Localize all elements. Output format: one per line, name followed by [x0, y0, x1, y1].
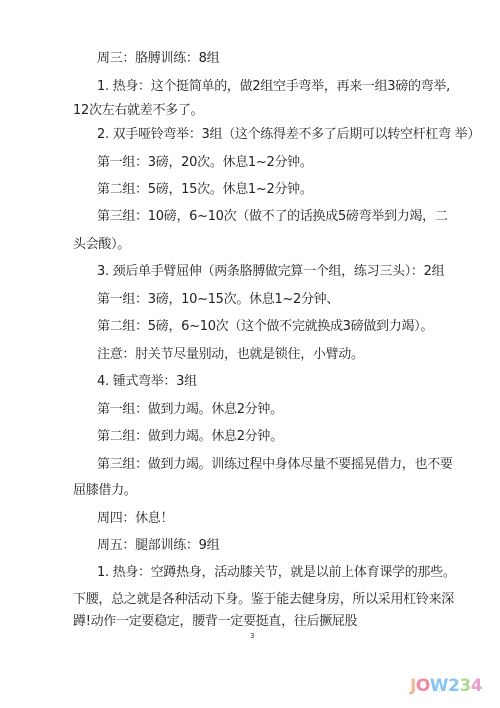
text-line: 周五：腿部训练：9组 — [97, 538, 219, 554]
text-line: 4. 锺式弯举：3组 — [97, 374, 197, 390]
text-line: 头会酸）。 — [73, 237, 130, 253]
watermark-char: O — [416, 676, 430, 696]
watermark-char: J — [410, 676, 416, 696]
text-line: 第二组：5磅，15次。休息1~2分钟。 — [97, 182, 313, 198]
text-line: 注意：肘关节尽量别动，也就是锁住，小臂动。 — [97, 347, 364, 363]
text-line: 2. 双手哑铃弯举：3组（这个练得差不多了后期可以转空杆杠弯 举） — [97, 127, 480, 143]
text-line: 12次左右就差不多了。 — [73, 103, 203, 119]
text-line: 第一组：做到力竭。休息2分钟。 — [97, 402, 283, 418]
page-number: 3 — [250, 632, 254, 640]
text-line: 第三组：做到力竭。训练过程中身体尽量不要摇晃借力，也不要 — [97, 457, 453, 473]
text-line: 第一组：3磅，20次。休息1~2分钟。 — [97, 155, 313, 171]
text-line: 第一组：3磅，10~15次。休息1~2分钟、 — [97, 292, 339, 308]
text-line: 第二组：5磅，6~10次（这个做不完就换成3磅做到力竭）。 — [97, 319, 433, 335]
text-line: 第三组：10磅，6~10次（做不了的话换成5磅弯举到力竭，二 — [97, 209, 448, 225]
text-line: 屈膝借力。 — [73, 483, 137, 499]
watermark-char: 2 — [448, 676, 459, 696]
text-line: 蹲!动作一定要稳定，腰背一定要挺直，往后撅屁股 — [73, 614, 357, 630]
text-line: 1. 热身：空蹲热身，活动膝关节，就是以前上体育课学的那些。 — [97, 565, 456, 581]
text-line: 下腰，总之就是各种活动下身。鉴于能去健身房，所以采用杠铃来深 — [73, 592, 454, 608]
watermark-char: 4 — [471, 676, 482, 696]
watermark-char: W — [430, 676, 448, 696]
text-line: 3. 颈后单手臂屈伸（两条胳膊做完算一个组，练习三头）：2组 — [97, 264, 444, 280]
text-line: 1. 热身：这个挺简单的，做2组空手弯举，再来一组3磅的弯举, — [97, 79, 450, 95]
watermark-char: 3 — [459, 676, 470, 696]
watermark-logo: JOW234 — [410, 676, 482, 696]
text-line: 第二组：做到力竭。休息2分钟。 — [97, 429, 283, 445]
text-line: 周三：胳膊训练：8组 — [97, 51, 219, 67]
text-line: 周四：休息！ — [97, 511, 173, 527]
